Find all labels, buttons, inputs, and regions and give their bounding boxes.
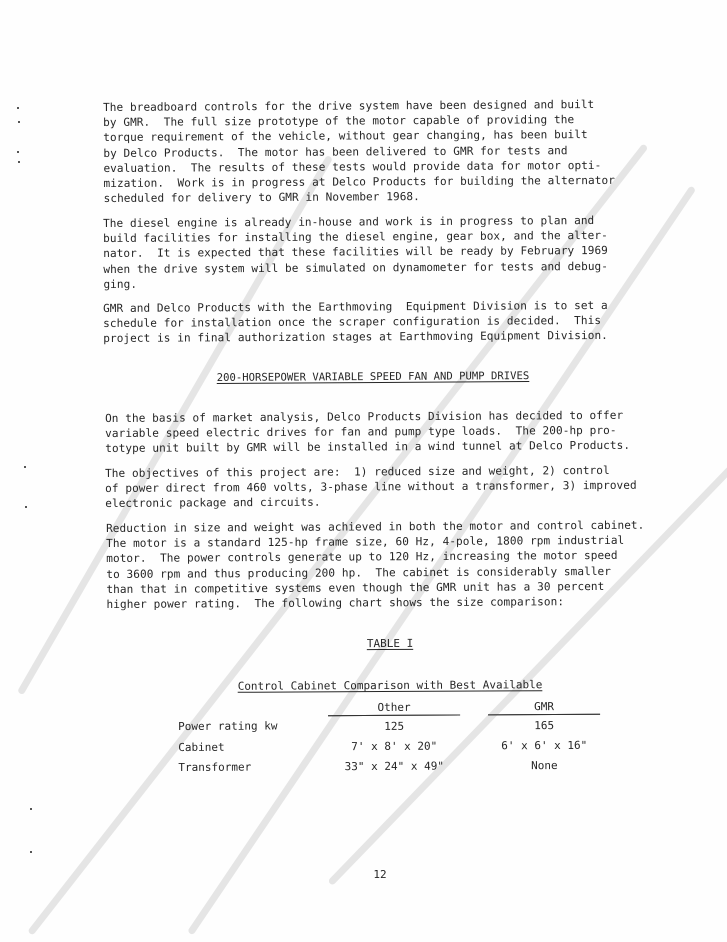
text-line: higher power rating. The following chart…	[106, 594, 646, 613]
margin-speck	[18, 161, 20, 163]
margin-speck	[25, 506, 27, 508]
cell-gmr: 165	[488, 714, 600, 735]
cell-other: 7' x 8' x 20"	[328, 736, 460, 757]
margin-speck	[24, 466, 26, 468]
table-row: Power rating kw 125 165	[178, 714, 600, 737]
cell-gap	[460, 715, 488, 736]
table-header-gap	[460, 700, 488, 715]
table-row: Cabinet 7' x 8' x 20" 6' x 6' x 16"	[178, 735, 600, 757]
paragraph-market-analysis: On the basis of market analysis, Delco P…	[105, 408, 645, 457]
table-label-text: TABLE I	[367, 637, 413, 650]
margin-speck	[18, 121, 20, 123]
text-line: project is in final authorization stages…	[103, 328, 643, 347]
column-header-gmr: GMR	[488, 700, 600, 715]
row-label: Cabinet	[178, 736, 328, 757]
paragraph-diesel-engine: The diesel engine is already in-house an…	[103, 213, 643, 292]
text-line: electronic package and circuits.	[105, 493, 645, 512]
comparison-table: Other GMR Power rating kw 125 165 Cabine…	[178, 700, 600, 777]
column-header-other: Other	[328, 701, 460, 716]
margin-speck	[17, 151, 19, 153]
cell-gmr: None	[488, 755, 600, 776]
text-line: scheduled for delivery to GMR in Novembe…	[104, 188, 644, 207]
row-label: Power rating kw	[178, 716, 328, 737]
margin-speck	[17, 107, 19, 109]
paragraph-drive-controls: The breadboard controls for the drive sy…	[103, 97, 644, 207]
margin-speck	[30, 808, 32, 810]
table-row: Transformer 33" x 24" x 49" None	[178, 755, 600, 777]
table-title-text: Control Cabinet Comparison with Best Ava…	[238, 678, 543, 693]
section-heading-text: 200-HORSEPOWER VARIABLE SPEED FAN AND PU…	[217, 370, 530, 384]
text-line: totype unit built by GMR will be install…	[105, 438, 645, 457]
row-label: Transformer	[178, 756, 328, 777]
page-number: 12	[340, 868, 420, 881]
cell-other: 125	[328, 715, 460, 736]
table-label: TABLE I	[160, 636, 620, 651]
paragraph-objectives: The objectives of this project are: 1) r…	[105, 463, 645, 512]
cell-gmr: 6' x 6' x 16"	[488, 735, 600, 756]
margin-speck	[30, 851, 32, 853]
cell-other: 33" x 24" x 49"	[328, 756, 460, 777]
cell-gap	[460, 735, 488, 755]
paragraph-size-reduction: Reduction in size and weight was achieve…	[106, 518, 647, 613]
table-header-empty	[178, 701, 328, 716]
cell-gap	[460, 755, 488, 775]
document-page: ​ The breadboard controls for the drive …	[0, 0, 727, 942]
table-title: Control Cabinet Comparison with Best Ava…	[160, 678, 620, 693]
paragraph-earthmoving: GMR and Delco Products with the Earthmov…	[103, 298, 643, 347]
